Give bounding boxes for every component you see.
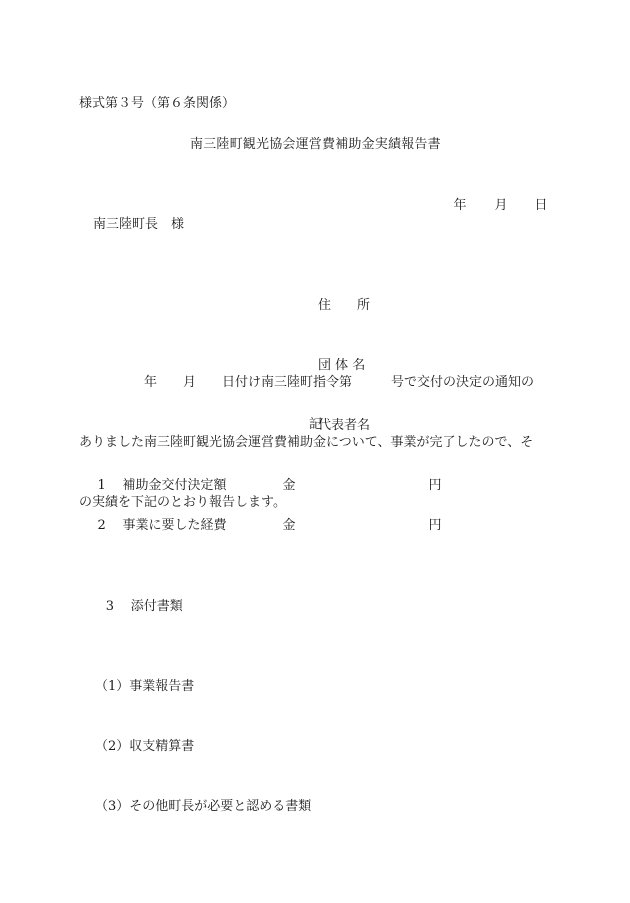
address-label: 住 所	[318, 296, 370, 316]
document-title: 南三陸町観光協会運営費補助金実績報告書	[190, 135, 441, 155]
attachment-item: （2）収支精算書	[81, 737, 311, 757]
item-unit: 円	[429, 516, 442, 536]
attachments-heading: 3添付書類	[81, 577, 311, 637]
item-prefix: 金	[283, 476, 429, 496]
attachment-item: （1）事業報告書	[81, 677, 311, 697]
item-number: 2	[98, 516, 123, 536]
item-prefix: 金	[283, 516, 429, 536]
form-number: 様式第３号（第６条関係）	[79, 94, 235, 114]
date-year-label: 年	[454, 196, 495, 216]
date-month-label: 月	[495, 196, 535, 216]
attachments-section: 3添付書類 （1）事業報告書 （2）収支精算書 （3）その他町長が必要と認める書…	[81, 537, 311, 857]
ki-heading: 記	[309, 415, 322, 435]
item-label: 補助金交付決定額	[123, 476, 283, 496]
body-line: ありました南三陸町観光協会運営費補助金について、事業が完了したので、そ	[79, 433, 549, 453]
attachments-title: 添付書類	[131, 597, 183, 617]
attachments-number: 3	[106, 597, 131, 617]
attachment-item: （3）その他町長が必要と認める書類	[81, 797, 311, 817]
date-line: 年月日	[437, 176, 548, 236]
item-unit: 円	[429, 476, 442, 496]
body-line: 年 月 日付け南三陸町指令第 号で交付の決定の通知の	[79, 373, 549, 393]
item-number: 1	[98, 476, 123, 496]
item-label: 事業に要した経費	[123, 516, 283, 536]
addressee: 南三陸町長 様	[93, 215, 184, 235]
date-day-label: 日	[535, 196, 548, 216]
